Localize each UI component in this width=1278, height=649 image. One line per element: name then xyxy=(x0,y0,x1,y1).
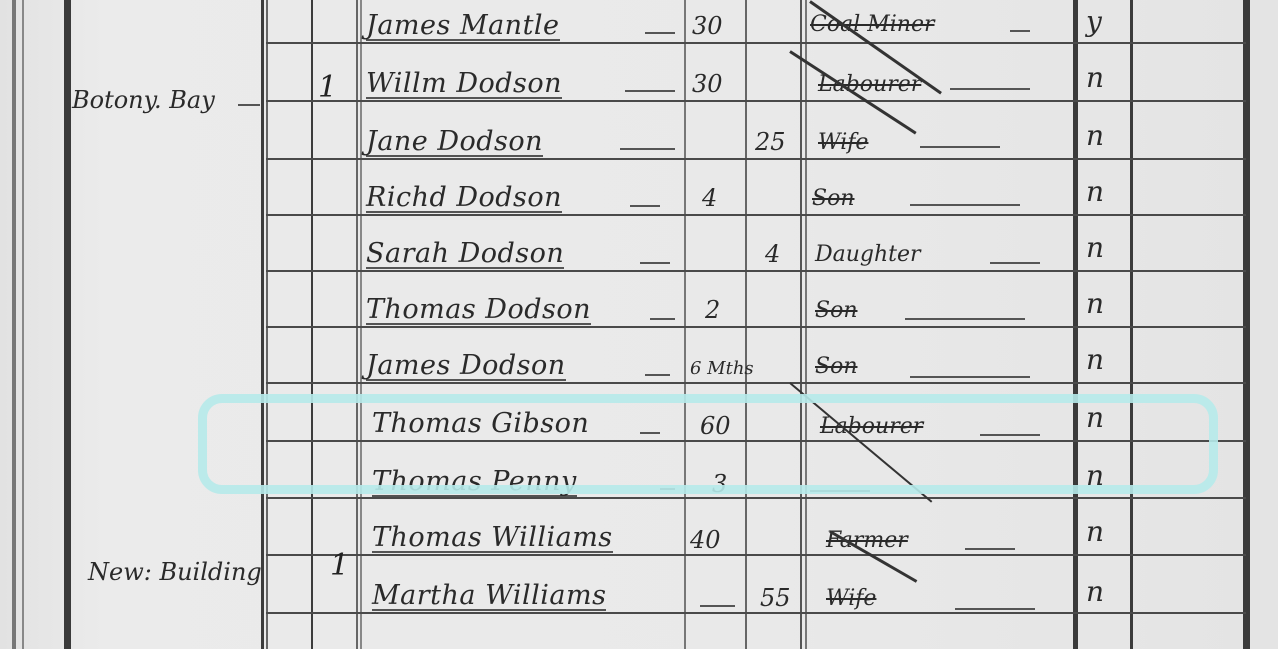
row-rule xyxy=(266,42,1246,44)
column-rule xyxy=(311,0,313,649)
person-name: Willm Dodson xyxy=(366,70,562,99)
status-flag: n xyxy=(1086,290,1104,318)
row-highlight xyxy=(198,394,1218,494)
occupation: Wife xyxy=(826,588,876,610)
person-name: James Dodson xyxy=(366,352,566,381)
row-rule xyxy=(266,326,1246,328)
fill-dash xyxy=(660,488,675,490)
occupation: Coal Miner xyxy=(810,14,935,36)
fill-dash xyxy=(905,318,1025,320)
fill-dash xyxy=(620,148,675,150)
person-name: Thomas Williams xyxy=(372,524,613,553)
occupation: Wife xyxy=(818,132,868,154)
row-rule xyxy=(266,497,1246,499)
status-flag: n xyxy=(1086,404,1104,432)
column-rule xyxy=(356,0,358,649)
row-rule xyxy=(266,270,1246,272)
column-rule xyxy=(1130,0,1133,649)
fill-dash xyxy=(965,548,1015,550)
status-flag: n xyxy=(1086,462,1104,490)
fill-dash xyxy=(645,32,675,34)
fill-dash xyxy=(955,608,1035,610)
status-flag: n xyxy=(1086,234,1104,262)
place-label: Botony. Bay xyxy=(72,88,215,112)
fill-dash xyxy=(630,205,660,207)
margin-rule xyxy=(22,0,24,649)
fill-dash xyxy=(650,318,675,320)
status-flag: n xyxy=(1086,346,1104,374)
page-border-right xyxy=(1243,0,1250,649)
person-name: Thomas Gibson xyxy=(372,410,589,437)
fill-dash xyxy=(645,374,670,376)
occupation: Son xyxy=(815,356,858,378)
status-flag: y xyxy=(1086,8,1102,36)
fill-dash xyxy=(910,204,1020,206)
fill-dash xyxy=(990,262,1040,264)
place-label: New: Building xyxy=(88,560,262,584)
occupation: Son xyxy=(815,300,858,322)
fill-dash xyxy=(810,490,870,492)
row-rule xyxy=(266,440,1246,442)
status-flag: n xyxy=(1086,64,1104,92)
fill-dash xyxy=(700,605,735,607)
age-male: 3 xyxy=(712,472,727,496)
fill-dash xyxy=(980,434,1040,436)
age-male: 6 Mths xyxy=(690,360,754,378)
age-female: 4 xyxy=(765,242,780,266)
fill-dash xyxy=(625,90,675,92)
person-name: Martha Williams xyxy=(372,582,606,611)
place-dash xyxy=(238,104,260,106)
column-rule xyxy=(800,0,802,649)
person-name: Sarah Dodson xyxy=(366,240,564,269)
column-rule xyxy=(805,0,807,649)
row-rule xyxy=(266,214,1246,216)
person-name: Thomas Penny xyxy=(372,468,577,497)
crossout-stroke xyxy=(789,382,932,502)
fill-dash xyxy=(910,376,1030,378)
person-name: Richd Dodson xyxy=(366,184,562,213)
age-female: 25 xyxy=(755,130,786,154)
occupation: Daughter xyxy=(815,244,921,266)
census-page: Botony. Bay New: Building 1 1 James Mant… xyxy=(0,0,1278,649)
column-rule xyxy=(360,0,362,649)
row-rule xyxy=(266,100,1246,102)
column-rule xyxy=(684,0,686,649)
fill-dash xyxy=(1010,30,1030,32)
age-male: 40 xyxy=(690,528,721,552)
row-rule xyxy=(266,554,1246,556)
row-rule xyxy=(266,382,1246,384)
person-name: Jane Dodson xyxy=(366,128,543,157)
status-flag: n xyxy=(1086,578,1104,606)
person-name: James Mantle xyxy=(366,12,560,41)
status-flag: n xyxy=(1086,518,1104,546)
fill-dash xyxy=(640,432,660,434)
column-rule xyxy=(1073,0,1078,649)
fill-dash xyxy=(640,262,670,264)
household-mark: 1 xyxy=(318,70,337,105)
fill-dash xyxy=(920,146,1000,148)
row-rule xyxy=(266,158,1246,160)
status-flag: n xyxy=(1086,122,1104,150)
age-male: 60 xyxy=(700,414,731,438)
age-male: 30 xyxy=(692,14,723,38)
margin-rule xyxy=(12,0,16,649)
age-male: 30 xyxy=(692,72,723,96)
column-rule xyxy=(745,0,747,649)
page-border-left xyxy=(64,0,71,649)
occupation: Farmer xyxy=(826,530,908,552)
fill-dash xyxy=(950,88,1030,90)
age-male: 2 xyxy=(705,298,720,322)
row-rule xyxy=(266,612,1246,614)
status-flag: n xyxy=(1086,178,1104,206)
person-name: Thomas Dodson xyxy=(366,296,591,325)
age-male: 4 xyxy=(702,186,717,210)
household-mark: 1 xyxy=(330,548,349,583)
occupation: Son xyxy=(812,188,855,210)
column-rule xyxy=(261,0,264,649)
age-female: 55 xyxy=(760,586,791,610)
column-rule xyxy=(266,0,268,649)
